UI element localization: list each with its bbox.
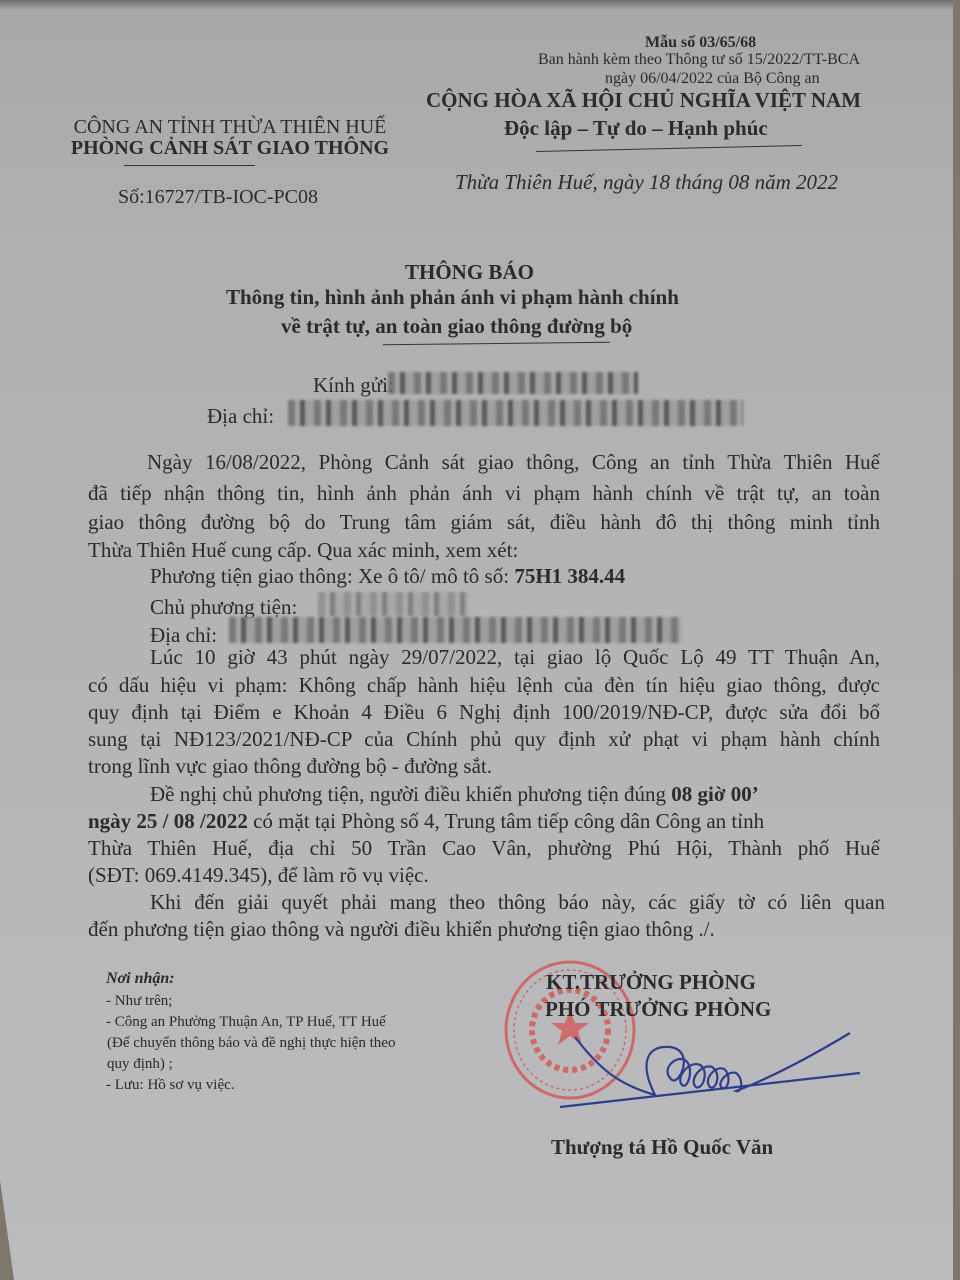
handwritten-signature-icon <box>560 1025 860 1115</box>
document-subtitle-line1: Thông tin, hình ảnh phản ánh vi phạm hàn… <box>226 285 679 310</box>
place-date: Thừa Thiên Huế, ngày 18 tháng 08 năm 202… <box>455 170 838 195</box>
signature-title-line2: PHÓ TRƯỞNG PHÒNG <box>545 997 771 1022</box>
recipient-address-redacted <box>288 400 743 426</box>
recipient-label: Kính gửi: <box>313 373 394 398</box>
vehicle-plate: 75H1 384.44 <box>514 564 625 588</box>
vehicle-line: Phương tiện giao thông: Xe ô tô/ mô tô s… <box>150 564 625 589</box>
para3-line1: Đề nghị chủ phương tiện, người điều khiể… <box>150 782 759 807</box>
document-title: THÔNG BÁO <box>405 260 534 285</box>
recipient-item: - Như trên; <box>106 993 172 1010</box>
para1-line4: Thừa Thiên Huế cung cấp. Qua xác minh, x… <box>88 538 518 563</box>
republic-header: CỘNG HÒA XÃ HỘI CHỦ NGHĨA VIỆT NAM <box>426 88 861 113</box>
recipient-address-label: Địa chỉ: <box>207 404 274 429</box>
form-reference-line2: ngày 06/04/2022 của Bộ Công an <box>605 70 820 88</box>
national-motto: Độc lập – Tự do – Hạnh phúc <box>504 116 768 141</box>
para2-line3: quy định tại Điểm e Khoản 4 Điều 6 Nghị … <box>88 700 880 725</box>
para3-line2: ngày 25 / 08 /2022 có mặt tại Phòng số 4… <box>88 809 764 834</box>
recipient-item: quy định) ; <box>107 1056 173 1073</box>
signature-title-line1: KT.TRƯỞNG PHÒNG <box>546 970 756 995</box>
document-number: Số:16727/TB-IOC-PC08 <box>118 186 318 209</box>
recipients-heading: Nơi nhận: <box>106 970 175 988</box>
issuing-department: PHÒNG CẢNH SÁT GIAO THÔNG <box>40 137 420 160</box>
para2-line4: sung tại NĐ123/2021/NĐ-CP của Chính phủ … <box>88 727 880 752</box>
motto-underline <box>536 145 802 152</box>
document-subtitle-line2: về trật tự, an toàn giao thông đường bộ <box>281 314 632 339</box>
recipient-item: - Công an Phường Thuận An, TP Huế, TT Hu… <box>106 1014 386 1031</box>
para4-line1: Khi đến giải quyết phải mang theo thông … <box>150 890 885 915</box>
para2-line1: Lúc 10 giờ 43 phút ngày 29/07/2022, tại … <box>150 645 880 670</box>
subtitle-underline <box>383 342 610 345</box>
form-number: Mẫu số 03/65/68 <box>645 34 756 52</box>
form-reference-line1: Ban hành kèm theo Thông tư số 15/2022/TT… <box>538 51 860 69</box>
para4-line2: đến phương tiện giao thông và người điều… <box>88 917 715 942</box>
para1-line1: Ngày 16/08/2022, Phòng Cảnh sát giao thô… <box>147 450 880 475</box>
document-page: Mẫu số 03/65/68 Ban hành kèm theo Thông … <box>0 0 953 1280</box>
issuing-agency: CÔNG AN TỈNH THỪA THIÊN HUẾ <box>40 116 420 139</box>
owner-address-redacted <box>229 617 682 643</box>
para1-line3: giao thông đường bộ do Trung tâm giám sá… <box>88 510 880 535</box>
para1-line2: đã tiếp nhận thông tin, hình ảnh phản án… <box>88 481 880 506</box>
appointment-date: ngày 25 / 08 /2022 <box>88 809 248 833</box>
department-underline <box>124 165 255 166</box>
signer-name: Thượng tá Hồ Quốc Văn <box>551 1135 773 1160</box>
recipient-name-redacted <box>388 372 638 394</box>
para2-line5: trong lĩnh vực giao thông đường bộ - đườ… <box>88 754 492 779</box>
para3-line4: (SĐT: 069.4149.345), để làm rõ vụ việc. <box>88 863 429 888</box>
appointment-time: 08 giờ 00’ <box>671 782 758 806</box>
recipient-item: - Lưu: Hồ sơ vụ việc. <box>106 1077 235 1094</box>
para3-line3: Thừa Thiên Huế, địa chỉ 50 Trần Cao Vân,… <box>88 836 880 861</box>
recipient-item: (Để chuyển thông báo và đề nghị thực hiệ… <box>107 1035 395 1052</box>
owner-name-redacted <box>318 592 468 616</box>
para2-line2: có dấu hiệu vi phạm: Không chấp hành hiệ… <box>88 673 880 698</box>
